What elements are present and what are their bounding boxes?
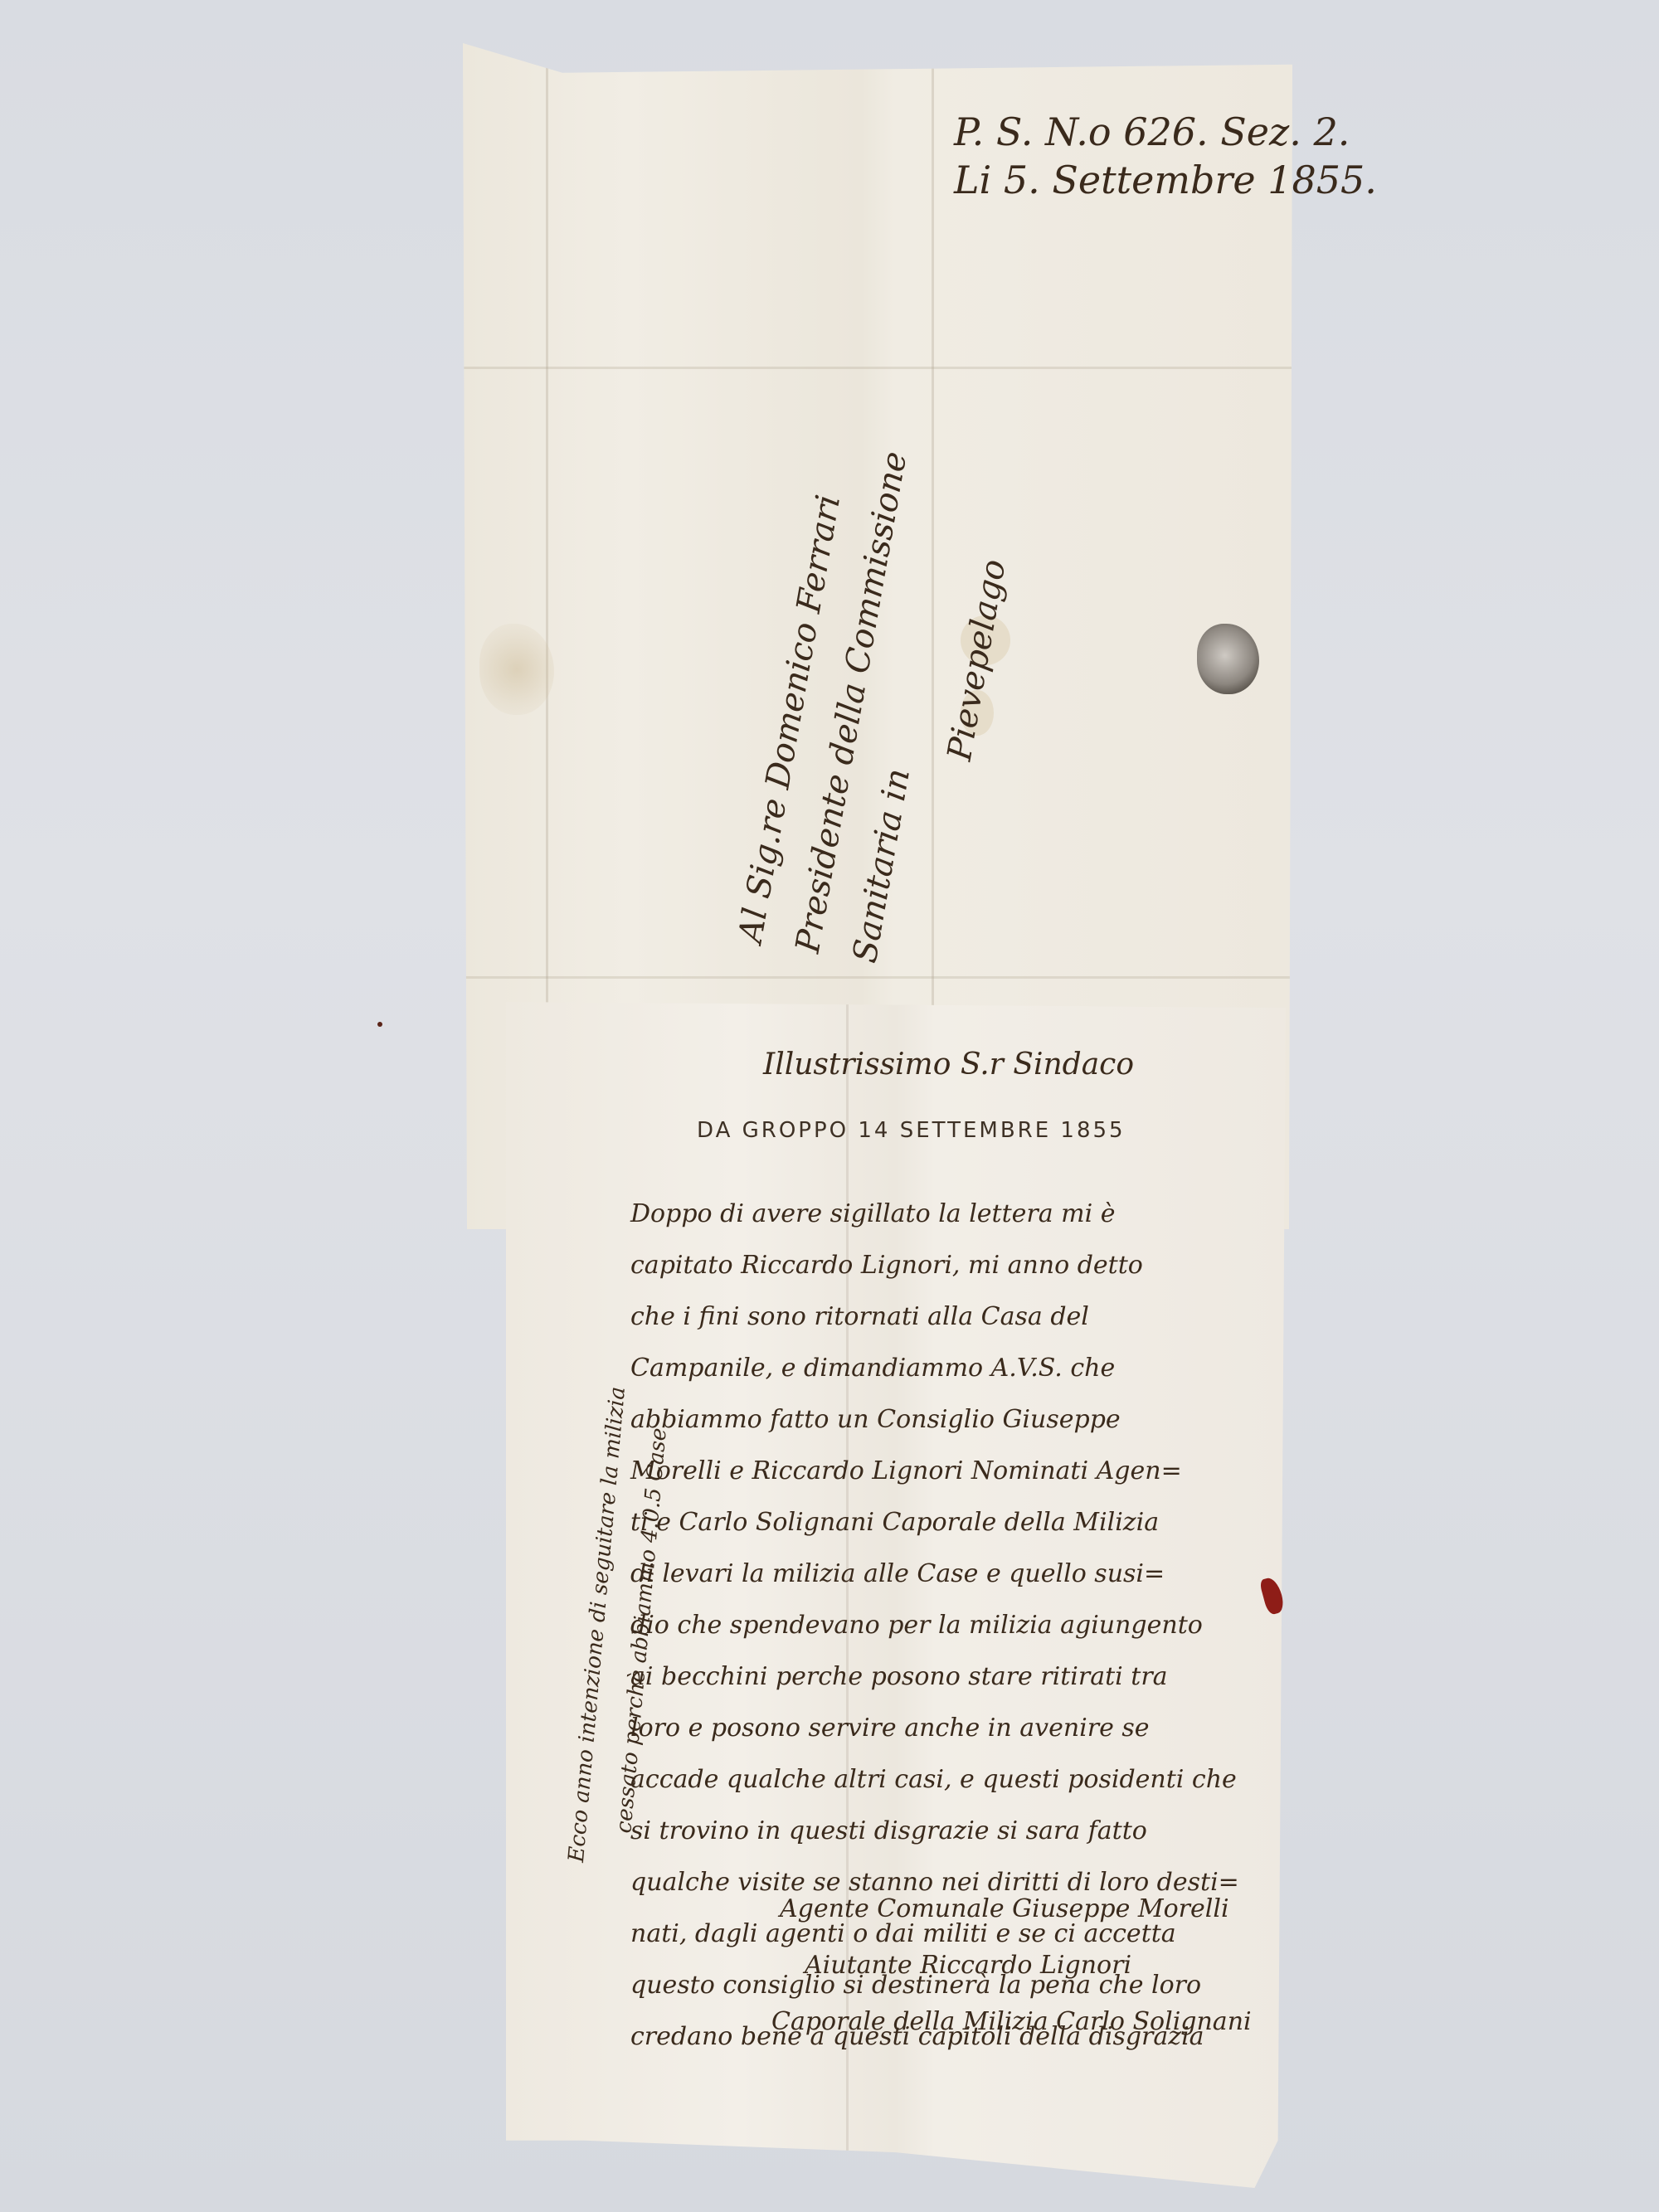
reference-number: P. S. N.o 626. Sez. 2. bbox=[954, 108, 1377, 156]
body-line: che i fini sono ritornati alla Casa del bbox=[630, 1291, 1239, 1343]
fold-line bbox=[463, 367, 1292, 369]
letter-dateline: DA GROPPO 14 SETTEMBRE 1855 bbox=[697, 1118, 1126, 1143]
body-line: Campanile, e dimandiammo A.V.S. che bbox=[630, 1343, 1239, 1394]
body-line: capitato Riccardo Lignori, mi anno detto bbox=[630, 1240, 1239, 1291]
inner-letter-sheet: Illustrissimo S.r Sindaco DA GROPPO 14 S… bbox=[506, 1002, 1286, 2188]
body-line: Doppo di avere sigillato la lettera mi è bbox=[630, 1189, 1239, 1240]
body-line: si trovino in questi disgrazie si sara f… bbox=[630, 1806, 1239, 1857]
signature-corporal: Caporale della Milizia Carlo Solignani bbox=[771, 1994, 1252, 2050]
reference-header: P. S. N.o 626. Sez. 2. Li 5. Settembre 1… bbox=[954, 108, 1377, 204]
body-line: ai becchini perche posono stare ritirati… bbox=[630, 1651, 1239, 1703]
body-line: accade qualche altri casi, e questi posi… bbox=[630, 1754, 1239, 1806]
body-line: dio che spendevano per la milizia agiung… bbox=[630, 1600, 1239, 1651]
body-line: Morelli e Riccardo Lignori Nominati Agen… bbox=[630, 1446, 1239, 1497]
signature-agent: Agente Comunale Giuseppe Morelli bbox=[780, 1881, 1252, 1937]
signature-block: Agente Comunale Giuseppe Morelli Aiutant… bbox=[780, 1881, 1252, 2050]
body-line: loro e posono servire anche in avenire s… bbox=[630, 1703, 1239, 1754]
wax-seal-remnant-icon bbox=[1197, 624, 1259, 694]
signature-assistant: Aiutante Riccardo Lignori bbox=[780, 1937, 1252, 1994]
speck bbox=[377, 1022, 382, 1027]
body-line: ti e Carlo Solignani Caporale della Mili… bbox=[630, 1497, 1239, 1548]
seal-stain-icon bbox=[479, 624, 554, 715]
body-line: abbiammo fatto un Consiglio Giuseppe bbox=[630, 1394, 1239, 1446]
fold-line bbox=[463, 976, 1292, 979]
cover-date: Li 5. Settembre 1855. bbox=[954, 156, 1377, 204]
salutation: Illustrissimo S.r Sindaco bbox=[763, 1048, 1134, 1082]
body-line: di levari la milizia alle Case e quello … bbox=[630, 1548, 1239, 1600]
